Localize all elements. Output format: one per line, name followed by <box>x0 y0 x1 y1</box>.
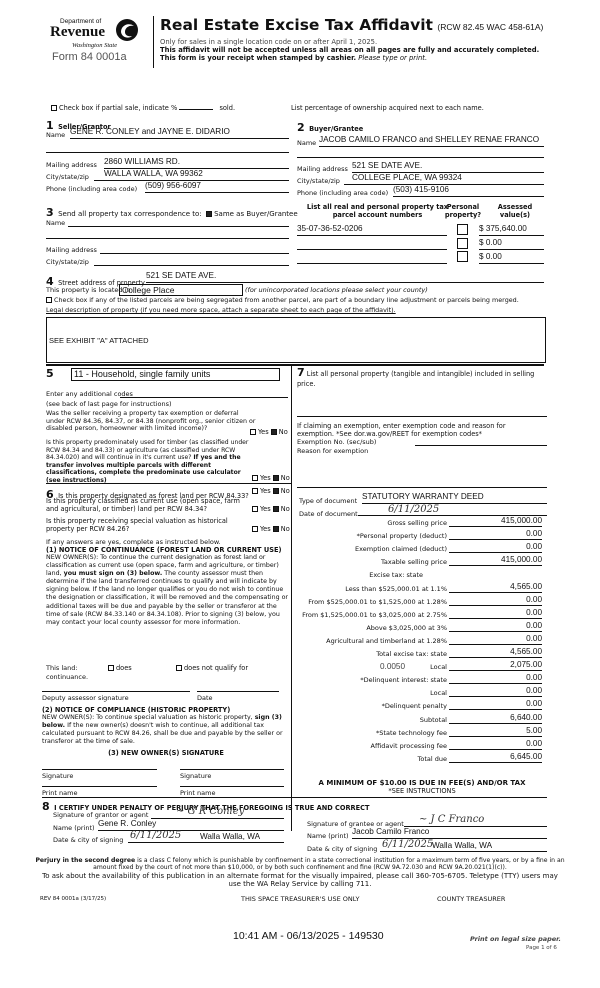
tax-row-label: Excise tax: state <box>369 571 423 579</box>
exemption-deferral-question: Was the seller receiving a property tax … <box>46 410 256 433</box>
segregated-checkbox[interactable] <box>46 297 52 303</box>
tax-row-value[interactable]: 415,000.00 <box>486 555 542 566</box>
tax-row-value[interactable]: 0.00 <box>486 686 542 697</box>
timber-agriculture-question: Is this property predominately used for … <box>46 439 251 484</box>
does-option: does <box>108 664 132 672</box>
buyer-name-line-2 <box>297 157 544 158</box>
same-as-buyer-checkbox[interactable] <box>206 211 212 217</box>
tax-row-leader <box>449 696 486 697</box>
correspondence-name-field[interactable] <box>68 226 289 227</box>
personal-property-checkbox[interactable] <box>457 238 468 249</box>
seller-name-field[interactable]: GENE R. CONLEY and JAYNE E. DIDARIO <box>70 127 289 139</box>
signature-label-1: Signature <box>42 772 73 780</box>
section-6-instructions: If any answers are yes, complete as inst… <box>46 538 221 546</box>
tax-row-leader <box>449 723 486 724</box>
tax-row-label: From $525,000.01 to $1,525,000 at 1.28% <box>308 598 447 606</box>
historical-no-checkbox[interactable] <box>273 526 279 532</box>
assessed-value-field[interactable]: $ 375,640.00 <box>479 224 544 236</box>
parcel-column-header: List all real and personal property tax … <box>300 203 455 219</box>
tax-row-label: Local <box>430 689 447 697</box>
seller-address-label: Mailing address <box>46 161 97 169</box>
property-located-label: This property is located in <box>46 286 131 294</box>
tax-row-leader <box>449 526 486 527</box>
tax-row-leader <box>449 670 486 671</box>
tax-row-leader <box>449 762 486 763</box>
legal-paper-note: Print on legal size paper. <box>470 935 561 943</box>
alternate-format-notice: To ask about the availability of this pu… <box>40 872 560 888</box>
personal-property-checkbox[interactable] <box>457 251 468 262</box>
legal-description-field[interactable]: SEE EXHIBIT "A" ATTACHED <box>46 317 546 363</box>
tax-row-label: Gross selling price <box>387 519 447 527</box>
new-owner-signature-field-2[interactable] <box>180 769 284 770</box>
tax-row-leader <box>449 644 486 645</box>
tax-row-label: Less than $525,000.01 at 1.1% <box>345 585 447 593</box>
header-line-3: This form is your receipt when stamped b… <box>160 54 427 62</box>
buyer-city-field[interactable]: COLLEGE PLACE, WA 99324 <box>344 173 544 185</box>
tax-row-label: *Delinquent interest: state <box>360 676 447 684</box>
segregated-row: Check box if any of the listed parcels a… <box>46 296 519 304</box>
property-location-select[interactable]: College Place <box>119 284 243 296</box>
exemption-deferral-no-checkbox[interactable] <box>271 429 277 435</box>
document-type-label: Type of document <box>299 497 357 505</box>
logo-swirl-icon <box>115 18 139 42</box>
tax-row-label: Taxable selling price <box>381 558 447 566</box>
treasurer-stamp: 10:41 AM - 06/13/2025 - 149530 <box>233 930 384 942</box>
use-code-select[interactable]: 11 - Household, single family units <box>71 368 280 381</box>
section-5-6-divider <box>46 483 291 484</box>
tax-row-leader <box>449 709 486 710</box>
partial-sale-checkbox[interactable] <box>51 105 57 111</box>
ownership-note: List percentage of ownership acquired ne… <box>291 104 484 112</box>
assessed-value-field[interactable]: $ 0.00 <box>479 252 544 264</box>
tax-row-leader <box>449 749 486 750</box>
parcel-number-field[interactable] <box>297 252 447 264</box>
perjury-notice: Perjury in the second degree is a class … <box>30 857 570 871</box>
exemption-note: If claiming an exemption, enter exemptio… <box>297 422 542 438</box>
grantee-name-field[interactable]: Jacob Camilo Franco <box>352 827 547 839</box>
grantee-name-label: Name (print) <box>307 832 349 840</box>
tax-row-label: From $1,525,000.01 to $3,025,000 at 2.75… <box>302 611 447 619</box>
tax-row-value[interactable]: 6,640.00 <box>486 713 542 724</box>
tax-row-value[interactable]: 0.00 <box>486 595 542 606</box>
tax-row-leader <box>449 565 486 566</box>
tax-row-label: Subtotal <box>420 716 447 724</box>
seller-name-label: Name <box>46 131 65 139</box>
tax-row-value[interactable]: 4,565.00 <box>486 582 542 593</box>
signature-label-2: Signature <box>180 772 211 780</box>
county-treasurer-label: COUNTY TREASURER <box>437 895 505 903</box>
page-title: Real Estate Excise Tax Affidavit (RCW 82… <box>160 16 543 35</box>
tax-row-leader <box>449 683 486 684</box>
local-rate: 0.0050 <box>380 662 405 671</box>
grantor-name-label: Name (print) <box>53 824 95 832</box>
form-number: Form 84 0001a <box>52 51 127 63</box>
buyer-address-label: Mailing address <box>297 165 348 173</box>
personal-property-label: 7 List all personal property (tangible a… <box>297 368 547 389</box>
forest-land-no-checkbox[interactable] <box>273 488 279 494</box>
tax-row-value[interactable]: 0.00 <box>486 699 542 710</box>
historical-yes-checkbox[interactable] <box>252 526 258 532</box>
document-type-field[interactable]: STATUTORY WARRANTY DEED <box>362 492 547 504</box>
print-name-label-1: Print name <box>42 789 77 797</box>
buyer-address-field[interactable]: 521 SE DATE AVE. <box>352 161 544 173</box>
tax-row-value[interactable]: 0.00 <box>486 542 542 553</box>
buyer-phone-field[interactable]: (503) 415-9106 <box>393 185 544 197</box>
historical-question: Is this property receiving special valua… <box>46 517 236 533</box>
tax-row-label: Agricultural and timberland at 1.28% <box>326 637 447 645</box>
exemption-deferral-yes-checkbox[interactable] <box>250 429 256 435</box>
new-owner-signature-field-1[interactable] <box>42 769 157 770</box>
tax-row-label: Exemption claimed (deduct) <box>355 545 447 553</box>
timber-agriculture-answer: Yes No <box>252 474 290 482</box>
tax-row-value[interactable]: 0.00 <box>486 608 542 619</box>
seller-address-field[interactable]: 2860 WILLIAMS RD. <box>104 157 289 169</box>
personal-property-column-header: Personal property? <box>442 203 484 219</box>
tax-row-leader <box>449 736 486 737</box>
deputy-date-label: Date <box>197 694 213 702</box>
print-name-label-2: Print name <box>180 789 215 797</box>
tax-row-value[interactable]: 0.00 <box>486 621 542 632</box>
current-use-question: Is this property classified as current u… <box>46 497 246 513</box>
logo-revenue: Revenue <box>50 24 105 41</box>
buyer-name-label: Name <box>297 139 316 147</box>
additional-codes-note: (see back of last page for instructions) <box>46 400 172 408</box>
personal-property-checkbox[interactable] <box>457 224 468 235</box>
current-use-answer: Yes No <box>252 505 290 513</box>
grantor-signature-label: Signature of grantor or agent <box>53 811 148 819</box>
notice-continuance-title: (1) NOTICE OF CONTINUANCE (FOREST LAND O… <box>46 546 281 554</box>
revision-label: REV 84 0001a (3/17/25) <box>40 895 106 903</box>
grantor-date-city-field[interactable]: 6/11/2025 Walla Walla, WA <box>128 830 284 843</box>
tax-row-value[interactable]: 0.00 <box>486 673 542 684</box>
correspondence-heading: 3 Send all property tax correspondence t… <box>46 203 298 221</box>
notice-compliance-title: (2) NOTICE OF COMPLIANCE (HISTORIC PROPE… <box>42 706 230 714</box>
tax-row-label: Above $3,025,000 at 3% <box>366 624 447 632</box>
assessed-value-field[interactable]: $ 0.00 <box>479 238 544 250</box>
partial-sale-row: Check box if partial sale, indicate % so… <box>51 104 235 112</box>
parcel-number-field[interactable]: 35-07-36-52-0206 <box>297 224 447 236</box>
continuance-label: continuance. <box>46 673 88 681</box>
buyer-heading: 2 Buyer/Grantee <box>297 118 363 136</box>
tax-row-value[interactable]: 4,565.00 <box>486 647 542 658</box>
header-line-2: This affidavit will not be accepted unle… <box>160 46 539 54</box>
header-divider <box>153 16 154 68</box>
exemption-reason-label: Reason for exemption <box>297 447 368 455</box>
tax-row-leader <box>449 631 486 632</box>
document-date-label: Date of document <box>299 510 358 518</box>
tax-row-leader <box>449 539 486 540</box>
timber-agriculture-yes-checkbox[interactable] <box>252 475 258 481</box>
assessed-value-column-header: Assessed value(s) <box>495 203 535 219</box>
tax-row-label: Total excise tax: state <box>376 650 447 658</box>
notice-compliance-body: NEW OWNER(S): To continue special valuat… <box>42 714 290 746</box>
tax-row-label: Affidavit processing fee <box>371 742 448 750</box>
seller-name-line-2 <box>46 152 289 153</box>
tax-row-value[interactable]: 2,075.00 <box>486 660 542 671</box>
new-owner-signature-title: (3) NEW OWNER(S) SIGNATURE <box>42 749 290 757</box>
tax-row-label: *Delinquent penalty <box>382 702 447 710</box>
tax-row-value[interactable]: 0.00 <box>486 529 542 540</box>
legal-description-label: Legal description of property (if you ne… <box>46 306 396 314</box>
buyer-city-label: City/state/zip <box>297 177 340 185</box>
tax-row-value[interactable]: 0.00 <box>486 739 542 750</box>
logo-state: Washington State <box>72 42 117 49</box>
seller-phone-label: Phone (including area code) <box>46 185 137 193</box>
correspondence-name-label: Name <box>46 219 65 227</box>
this-land-label: This land: <box>46 664 78 672</box>
parcel-number-field[interactable] <box>297 238 447 250</box>
deputy-assessor-signature-field[interactable] <box>42 691 190 692</box>
section-divider <box>46 364 544 366</box>
notice-continuance-body: NEW OWNER(S): To continue the current de… <box>46 554 290 627</box>
buyer-phone-label: Phone (including area code) <box>297 189 388 197</box>
section-5-number: 5 <box>46 367 54 380</box>
seller-city-label: City/state/zip <box>46 173 89 181</box>
does-not-option: does not qualify for <box>176 664 248 672</box>
tax-row-value[interactable]: 0.00 <box>486 634 542 645</box>
tax-row-leader <box>449 618 486 619</box>
partial-sale-percent-field[interactable] <box>179 109 213 110</box>
correspondence-city-label: City/state/zip <box>46 258 89 266</box>
correspondence-address-field[interactable] <box>100 253 289 254</box>
dor-logo: Department of Revenue Washington State F… <box>48 16 158 68</box>
grantor-date-label: Date & city of signing <box>53 836 123 844</box>
see-instructions-note: *SEE INSTRUCTIONS <box>297 787 547 795</box>
grantor-signature-field[interactable]: ~ G R Conley <box>151 806 284 819</box>
deputy-date-field[interactable] <box>197 691 279 692</box>
tax-row-label: Local <box>430 663 447 671</box>
does-not-qualify-checkbox[interactable] <box>176 665 182 671</box>
treasurer-use-label: THIS SPACE TREASURER'S USE ONLY <box>241 895 359 903</box>
document-date-field[interactable]: 6/11/2025 <box>358 504 547 516</box>
current-use-yes-checkbox[interactable] <box>252 506 258 512</box>
seller-city-field[interactable]: WALLA WALLA, WA 99362 <box>94 169 289 181</box>
exemption-number-field[interactable] <box>415 445 547 446</box>
property-street-field[interactable]: 521 SE DATE AVE. <box>146 271 544 283</box>
column-divider <box>291 364 292 831</box>
tax-row-leader <box>449 657 486 658</box>
correspondence-name-line-2 <box>46 238 289 239</box>
new-owner-print-field-2[interactable] <box>180 786 284 787</box>
tax-row-label: *Personal property (deduct) <box>357 532 447 540</box>
exemption-deferral-answer: Yes No <box>250 428 288 436</box>
buyer-name-field[interactable]: JACOB CAMILO FRANCO and SHELLEY RENAE FR… <box>319 135 544 147</box>
tax-row-leader <box>449 552 486 553</box>
timber-agriculture-no-checkbox[interactable] <box>273 475 279 481</box>
new-owner-print-field-1[interactable] <box>42 786 157 787</box>
tax-row-value[interactable]: 415,000.00 <box>486 516 542 527</box>
tax-row-value[interactable]: 5.00 <box>486 726 542 737</box>
tax-row-label: Total due <box>418 755 448 763</box>
does-qualify-checkbox[interactable] <box>108 665 114 671</box>
minimum-due-notice: A MINIMUM OF $10.00 IS DUE IN FEE(S) AND… <box>297 779 547 787</box>
grantee-signature-field[interactable]: ~ J C Franco <box>404 814 547 827</box>
tax-row-label: *State technology fee <box>376 729 447 737</box>
tax-row-leader <box>449 592 486 593</box>
historical-answer: Yes No <box>252 525 290 533</box>
tax-row-value[interactable]: 6,645.00 <box>486 752 542 763</box>
current-use-no-checkbox[interactable] <box>273 506 279 512</box>
tax-row-leader <box>449 605 486 606</box>
exemption-reason-field[interactable] <box>297 487 547 488</box>
page-number: Page 1 of 6 <box>526 944 557 952</box>
forest-land-yes-checkbox[interactable] <box>252 488 258 494</box>
additional-codes-field[interactable] <box>120 397 288 398</box>
exemption-number-label: Exemption No. (sec/sub) <box>297 438 376 446</box>
header-line-1: Only for sales in a single location code… <box>160 38 377 46</box>
correspondence-address-label: Mailing address <box>46 246 97 254</box>
grantee-date-label: Date & city of signing <box>307 845 377 853</box>
forest-land-answer: Yes No <box>252 487 290 495</box>
grantee-date-city-field[interactable]: 6/11/2025 Walla Walla, WA <box>380 839 547 852</box>
personal-property-field[interactable] <box>297 416 547 417</box>
deputy-signature-label: Deputy assessor signature <box>42 694 129 702</box>
property-located-note: (for unincorporated locations please sel… <box>245 286 428 294</box>
correspondence-city-field[interactable] <box>94 265 289 266</box>
seller-phone-field[interactable]: (509) 956-6097 <box>145 181 289 193</box>
